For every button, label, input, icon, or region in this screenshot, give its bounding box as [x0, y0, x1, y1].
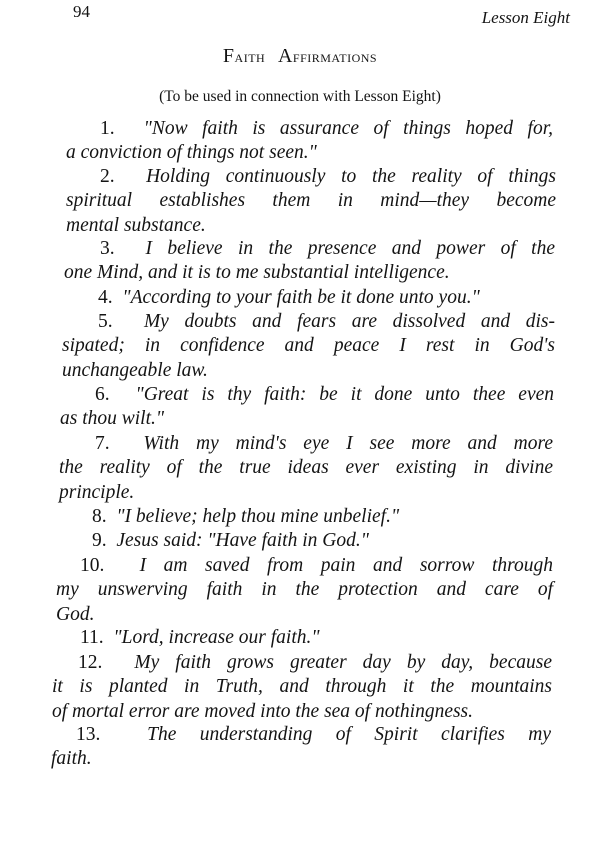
affirmation-text: a conviction of things not seen.": [66, 142, 317, 163]
affirmation-line: 7. With my mind's eye I see more and mor…: [95, 433, 553, 457]
page-title: Faith Affirmations: [0, 45, 600, 68]
affirmation-text: I am saved from pain and sorrow through: [140, 555, 553, 576]
title-cap-2: A: [278, 45, 293, 67]
affirmation-number: 8.: [92, 506, 107, 527]
affirmation-text: mental substance.: [66, 215, 206, 236]
affirmation-text: "Great is thy faith: be it done unto the…: [136, 384, 555, 405]
affirmation-line: faith.: [51, 748, 92, 772]
affirmation-line: 12. My faith grows greater day by day, b…: [78, 652, 552, 676]
affirmation-text: I believe in the presence and power of t…: [145, 238, 555, 259]
affirmation-number: 10.: [80, 555, 104, 576]
affirmation-line: as thou wilt.": [60, 408, 164, 432]
affirmation-number: 1.: [100, 118, 115, 139]
affirmation-number: 5.: [98, 311, 113, 332]
affirmation-text: The understanding of Spirit clarifies my: [147, 724, 551, 745]
affirmation-line: 2. Holding continuously to the reality o…: [100, 166, 556, 190]
affirmation-text: principle.: [59, 482, 134, 503]
affirmation-text: the reality of the true ideas ever exist…: [59, 457, 553, 478]
affirmation-number: 11.: [80, 627, 104, 648]
affirmation-line: 13. The understanding of Spirit clarifie…: [76, 724, 551, 748]
affirmation-text: With my mind's eye I see more and more: [143, 433, 553, 454]
affirmation-line: 6. "Great is thy faith: be it done unto …: [95, 384, 554, 408]
affirmation-line: 11. "Lord, increase our faith.": [80, 627, 320, 651]
title-cap-1: F: [223, 45, 235, 67]
affirmation-text: of mortal error are moved into the sea o…: [52, 701, 473, 722]
affirmation-text: faith.: [51, 748, 92, 769]
affirmation-line: spiritual establishes them in mind—they …: [66, 190, 556, 214]
affirmation-line: a conviction of things not seen.": [66, 142, 317, 166]
affirmation-text: Holding continuously to the reality of t…: [146, 166, 556, 187]
affirmation-number: 4.: [98, 287, 113, 308]
affirmation-line: 8. "I believe; help thou mine unbelief.": [92, 506, 399, 530]
affirmation-line: it is planted in Truth, and through it t…: [52, 676, 552, 700]
affirmation-number: 2.: [100, 166, 115, 187]
affirmation-text: Jesus said: "Have faith in God.": [116, 530, 369, 551]
affirmation-line: 10. I am saved from pain and sorrow thro…: [80, 555, 553, 579]
affirmation-text: sipated; in confidence and peace I rest …: [62, 335, 555, 356]
affirmation-text: unchangeable law.: [62, 360, 208, 381]
affirmation-text: one Mind, and it is to me substantial in…: [64, 262, 450, 283]
page-number: 94: [73, 2, 90, 22]
affirmation-text: My doubts and fears are dissolved and di…: [144, 311, 555, 332]
running-head: Lesson Eight: [482, 8, 570, 28]
affirmation-text: "Now faith is assurance of things hoped …: [144, 118, 553, 139]
affirmation-text: God.: [56, 604, 94, 625]
affirmation-number: 9.: [92, 530, 107, 551]
affirmation-text: "Lord, increase our faith.": [113, 627, 319, 648]
affirmation-number: 3.: [100, 238, 115, 259]
affirmation-number: 12.: [78, 652, 102, 673]
affirmation-line: one Mind, and it is to me substantial in…: [64, 262, 450, 286]
affirmation-line: 4. "According to your faith be it done u…: [98, 287, 556, 311]
affirmation-line: sipated; in confidence and peace I rest …: [62, 335, 555, 359]
affirmation-line: unchangeable law.: [62, 360, 208, 384]
title-rest-1: aith: [235, 47, 266, 66]
affirmation-text: "According to your faith be it done unto…: [122, 287, 479, 308]
affirmation-number: 13.: [76, 724, 100, 745]
affirmation-line: of mortal error are moved into the sea o…: [52, 701, 473, 725]
affirmation-text: it is planted in Truth, and through it t…: [52, 676, 552, 697]
affirmation-text: spiritual establishes them in mind—they …: [66, 190, 556, 211]
affirmation-text: My faith grows greater day by day, becau…: [134, 652, 552, 673]
affirmation-line: 9. Jesus said: "Have faith in God.": [92, 530, 369, 554]
affirmation-line: principle.: [59, 482, 134, 506]
affirmation-line: God.: [56, 604, 94, 628]
subtitle: (To be used in connection with Lesson Ei…: [0, 88, 600, 106]
affirmation-text: my unswerving faith in the protection an…: [56, 579, 553, 600]
affirmation-line: 3. I believe in the presence and power o…: [100, 238, 555, 262]
affirmation-line: 1. "Now faith is assurance of things hop…: [100, 118, 553, 142]
affirmation-number: 6.: [95, 384, 110, 405]
affirmation-line: the reality of the true ideas ever exist…: [59, 457, 553, 481]
affirmation-line: 5. My doubts and fears are dissolved and…: [98, 311, 555, 335]
affirmation-text: "I believe; help thou mine unbelief.": [116, 506, 399, 527]
affirmation-text: as thou wilt.": [60, 408, 164, 429]
affirmation-line: my unswerving faith in the protection an…: [56, 579, 553, 603]
affirmation-line: mental substance.: [66, 215, 206, 239]
affirmation-number: 7.: [95, 433, 110, 454]
title-rest-2: ffirmations: [293, 47, 377, 66]
